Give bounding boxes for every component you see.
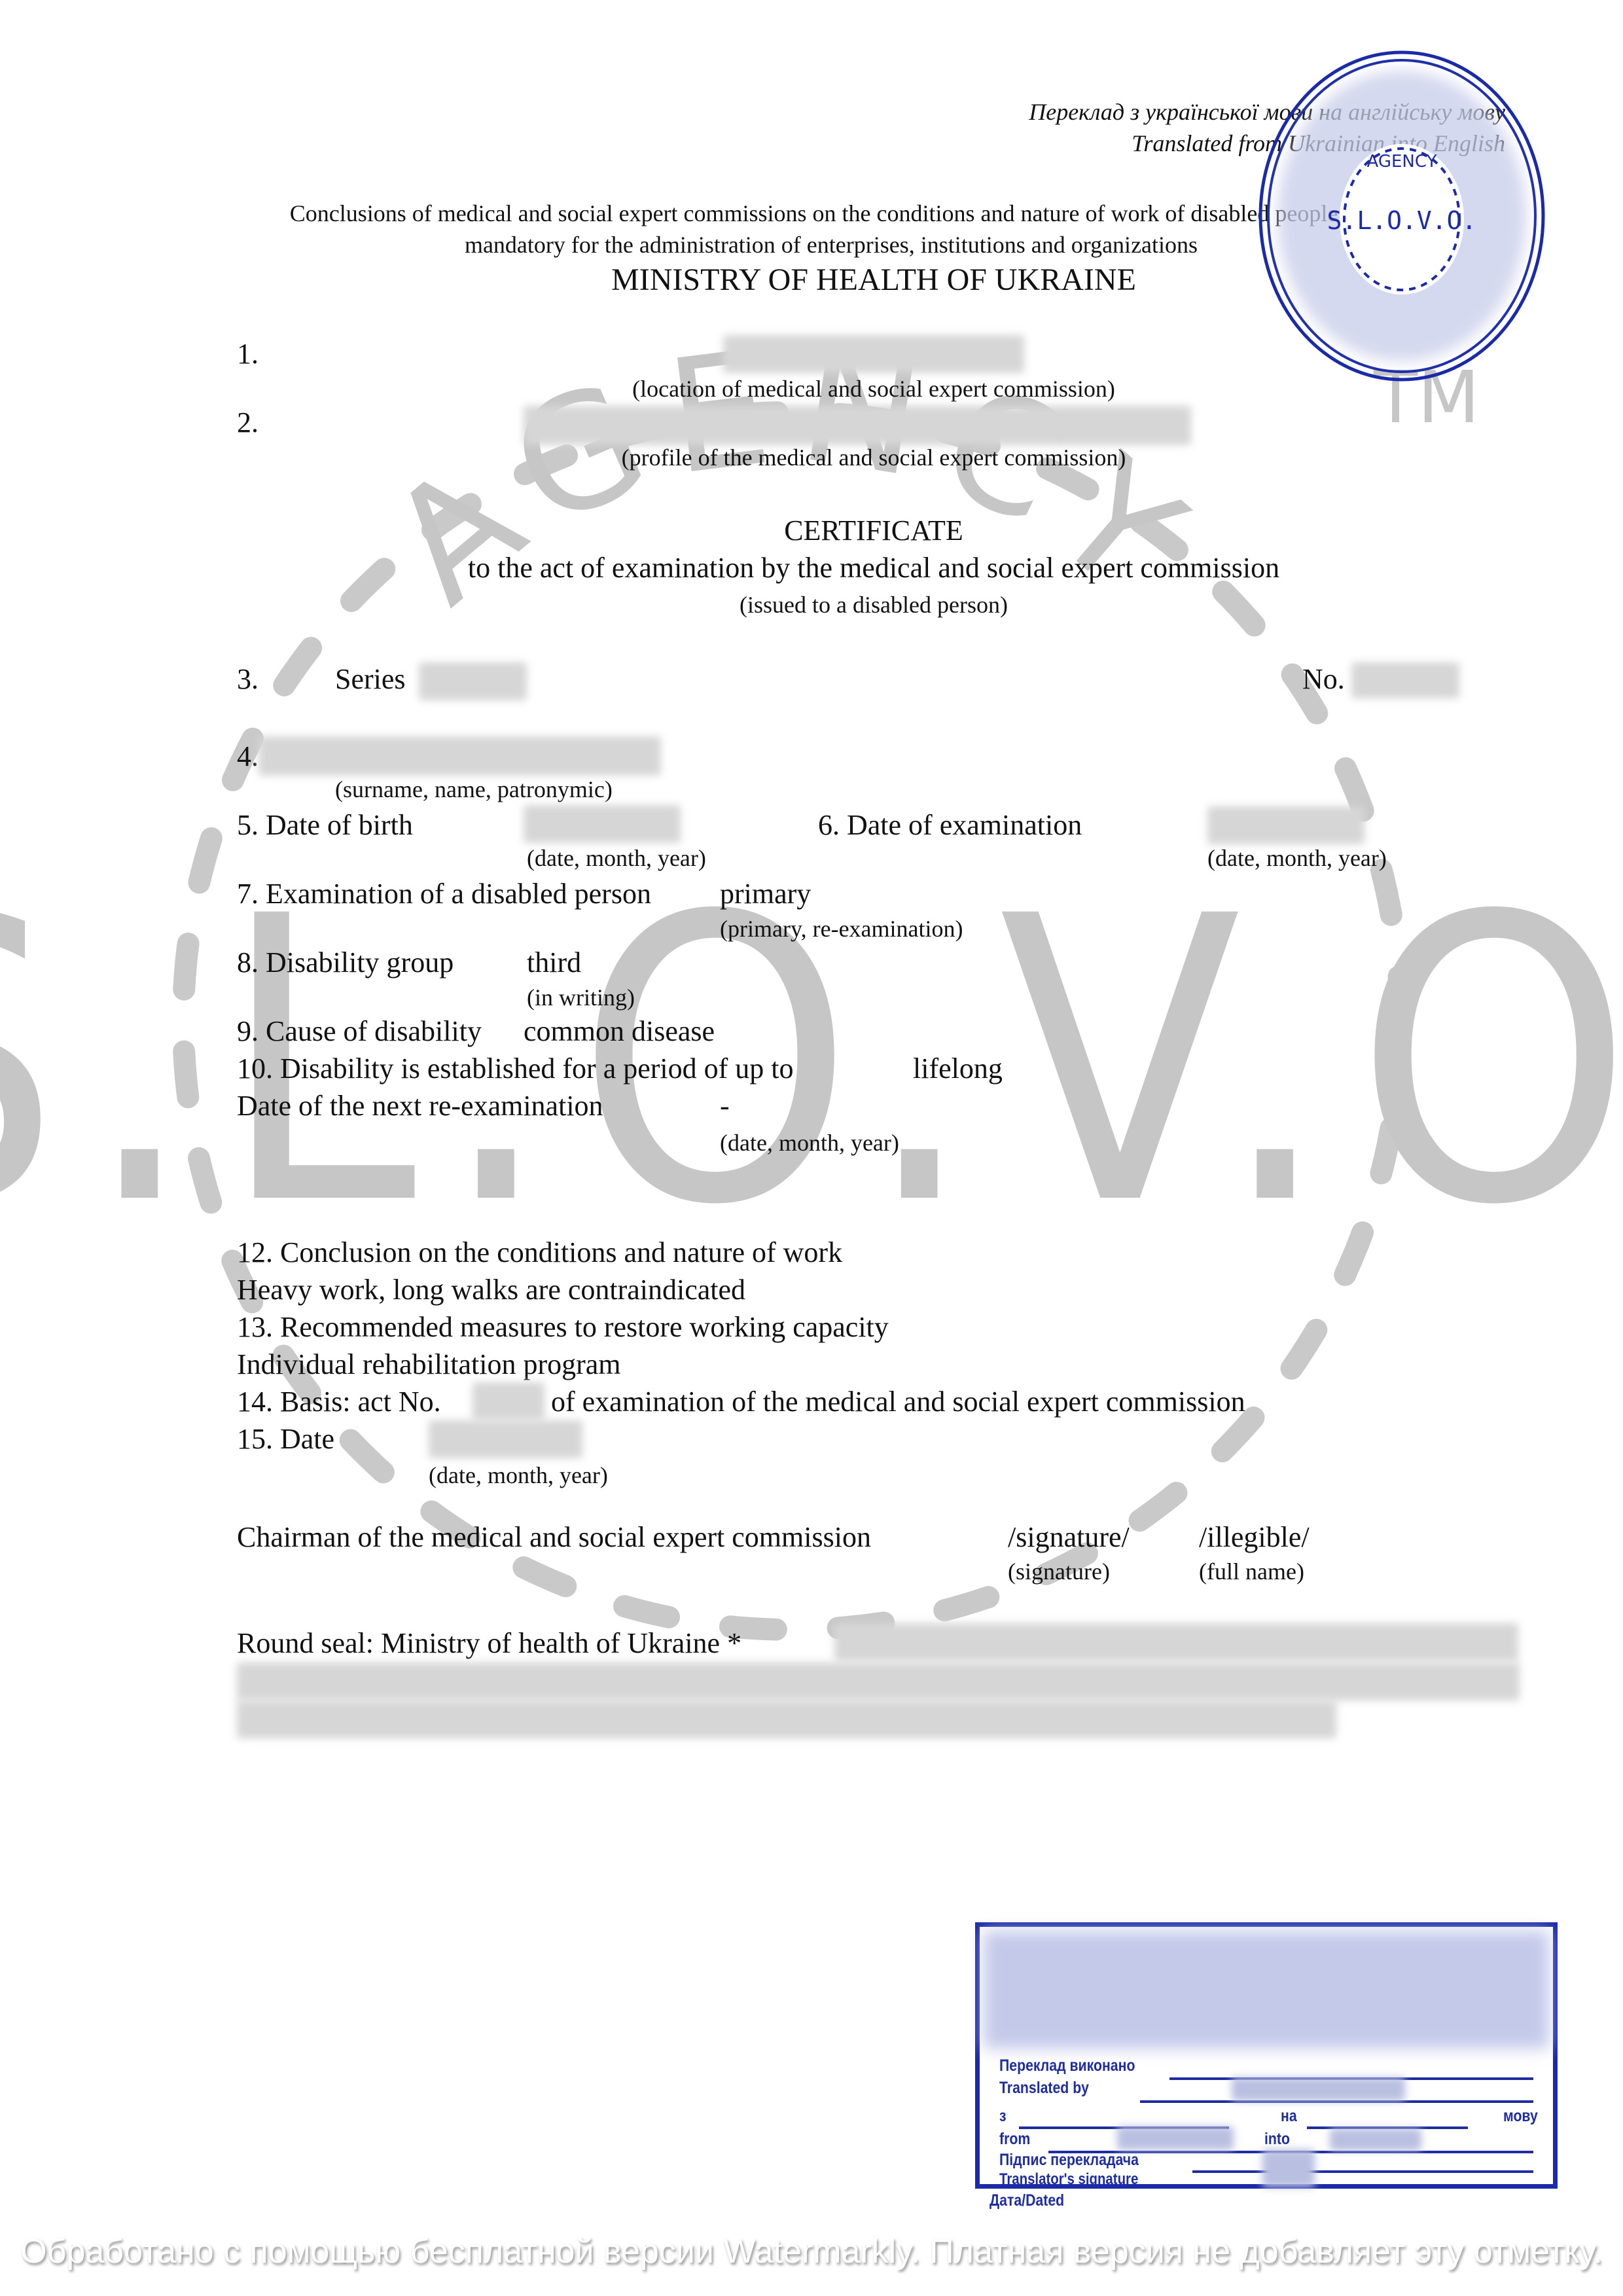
redacted-full-name bbox=[259, 736, 661, 776]
round-seal-label: Round seal: Ministry of health of Ukrain… bbox=[237, 1626, 741, 1660]
certificate-subtitle: to the act of examination by the medical… bbox=[183, 551, 1564, 585]
chairman-signature: /signature/ bbox=[1008, 1520, 1130, 1554]
disability-group-value: third bbox=[527, 946, 581, 980]
redacted-number bbox=[1351, 662, 1459, 698]
stamp-from-ua: з bbox=[999, 2107, 1007, 2126]
next-reexam-caption: (date, month, year) bbox=[720, 1129, 899, 1157]
stamp-into-ua: на bbox=[1281, 2107, 1297, 2126]
act-date-label: 15. Date bbox=[237, 1422, 334, 1456]
cause-of-disability-label: 9. Cause of disability bbox=[237, 1014, 482, 1049]
redacted-seal-text-3 bbox=[237, 1700, 1336, 1738]
date-of-examination-caption: (date, month, year) bbox=[1207, 844, 1387, 872]
redacted-stamp-header bbox=[984, 1931, 1549, 2049]
redacted-commission-profile bbox=[524, 406, 1191, 445]
item-4-caption: (surname, name, patronymic) bbox=[335, 776, 613, 803]
item-4-number: 4. bbox=[237, 740, 259, 774]
chairman-name-caption: (full name) bbox=[1199, 1558, 1304, 1585]
date-of-birth-caption: (date, month, year) bbox=[527, 844, 706, 872]
recommended-measures-value: Individual rehabilitation program bbox=[237, 1348, 621, 1382]
chairman-name: /illegible/ bbox=[1199, 1520, 1310, 1554]
redacted-series bbox=[419, 662, 527, 700]
stamp-dated: Дата/Dated bbox=[990, 2191, 1064, 2210]
watermarkly-notice: Обработано с помощью бесплатной версии W… bbox=[0, 2232, 1623, 2271]
stamp-translated-by-en: Translated by bbox=[999, 2079, 1089, 2098]
redacted-date-of-birth bbox=[524, 805, 681, 843]
stamp-language-ua: мову bbox=[1503, 2107, 1538, 2126]
next-reexam-value: - bbox=[720, 1089, 730, 1123]
act-date-caption: (date, month, year) bbox=[429, 1462, 608, 1489]
disability-group-caption: (in writing) bbox=[527, 984, 635, 1011]
basis-act-prefix: 14. Basis: act No. bbox=[237, 1385, 441, 1419]
redacted-seal-text-1 bbox=[834, 1623, 1518, 1661]
certificate-issued-to: (issued to a disabled person) bbox=[183, 591, 1564, 619]
work-conclusion-value: Heavy work, long walks are contraindicat… bbox=[237, 1273, 745, 1307]
chairman-label: Chairman of the medical and social exper… bbox=[237, 1520, 871, 1554]
cause-of-disability-value: common disease bbox=[524, 1014, 715, 1049]
disability-period-label: 10. Disability is established for a peri… bbox=[237, 1052, 794, 1086]
redacted-signature bbox=[1262, 2149, 1315, 2187]
stamp-into-en: into bbox=[1264, 2130, 1290, 2149]
examination-type-caption: (primary, re-examination) bbox=[720, 915, 963, 942]
stamp-brand-text: S.L.O.V.O. bbox=[1327, 206, 1477, 235]
item-3-number: 3. bbox=[237, 662, 259, 696]
item-2-number: 2. bbox=[237, 406, 259, 440]
redacted-target-language bbox=[1330, 2128, 1421, 2151]
date-of-birth-label: 5. Date of birth bbox=[237, 808, 413, 842]
redacted-seal-text-2 bbox=[237, 1662, 1520, 1700]
examination-type-value: primary bbox=[720, 877, 811, 911]
stamp-from-en: from bbox=[999, 2130, 1030, 2149]
work-conclusion-label: 12. Conclusion on the conditions and nat… bbox=[237, 1236, 842, 1270]
stamp-translated-by-ua: Переклад виконано bbox=[999, 2056, 1135, 2075]
item-1-number: 1. bbox=[237, 337, 259, 371]
redacted-date-of-examination bbox=[1207, 806, 1364, 844]
item-1-caption: (location of medical and social expert c… bbox=[524, 375, 1224, 403]
disability-group-label: 8. Disability group bbox=[237, 946, 454, 980]
agency-round-stamp: AGENCY S.L.O.V.O. bbox=[1250, 0, 1558, 393]
redacted-act-number bbox=[473, 1382, 544, 1420]
redacted-source-language bbox=[1117, 2126, 1234, 2150]
examination-type-label: 7. Examination of a disabled person bbox=[237, 877, 651, 911]
redacted-commission-location bbox=[723, 335, 1024, 373]
item-2-caption: (profile of the medical and social exper… bbox=[524, 444, 1224, 471]
stamp-signature-ua: Підпис перекладача bbox=[999, 2151, 1139, 2170]
series-label: Series bbox=[335, 662, 406, 696]
basis-act-suffix: of examination of the medical and social… bbox=[551, 1385, 1245, 1419]
date-of-examination-label: 6. Date of examination bbox=[818, 808, 1082, 842]
disability-period-value: lifelong bbox=[913, 1052, 1003, 1086]
recommended-measures-label: 13. Recommended measures to restore work… bbox=[237, 1310, 889, 1344]
number-label: No. bbox=[1302, 662, 1345, 696]
translator-stamp: Переклад виконано Translated by з на мов… bbox=[975, 1922, 1558, 2189]
certificate-title: CERTIFICATE bbox=[183, 514, 1564, 548]
stamp-agency-text: AGENCY bbox=[1367, 152, 1437, 171]
redacted-translator-name bbox=[1232, 2077, 1405, 2101]
stamp-signature-en: Translator's signature bbox=[999, 2170, 1138, 2189]
next-reexam-label: Date of the next re-examination bbox=[237, 1089, 603, 1123]
chairman-signature-caption: (signature) bbox=[1008, 1558, 1110, 1585]
redacted-act-date bbox=[429, 1420, 582, 1458]
